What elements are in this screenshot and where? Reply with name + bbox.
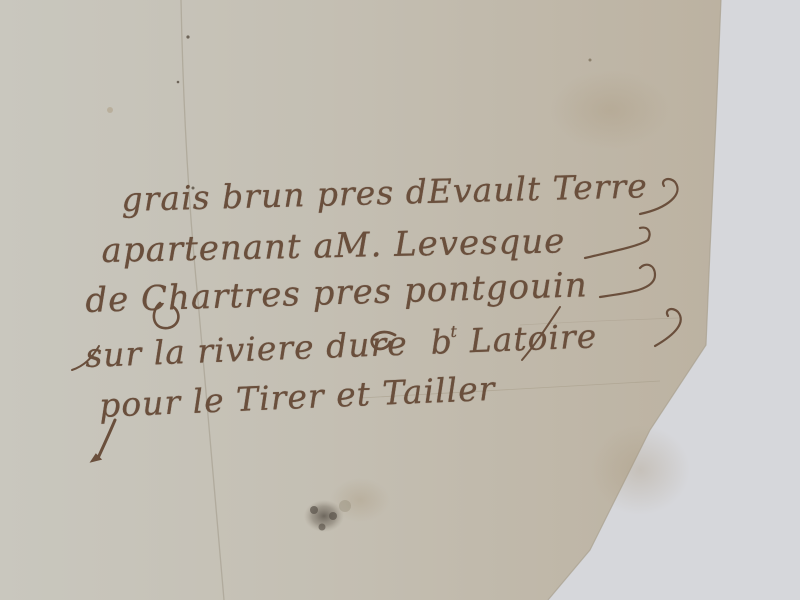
manuscript-line-3: de Chartres pres pontgouin [85,265,589,321]
manuscript-line-1: grais brun pres dEvault Terre [121,166,648,219]
manuscript-line-4: sur la riviere dure bt Latoire [85,316,598,375]
manuscript-line-4-text: sur la riviere dure [85,324,409,375]
manuscript-line-4-abbrev: bt Latoire [418,316,598,362]
manuscript-line-5: pour le Tirer et Tailler [98,369,496,425]
manuscript-line-2: apartenant aM. Levesque [101,221,566,271]
document-photo: grais brun pres dEvault Terre apartenant… [0,0,800,600]
manuscript-text: grais brun pres dEvault Terre apartenant… [0,0,800,600]
